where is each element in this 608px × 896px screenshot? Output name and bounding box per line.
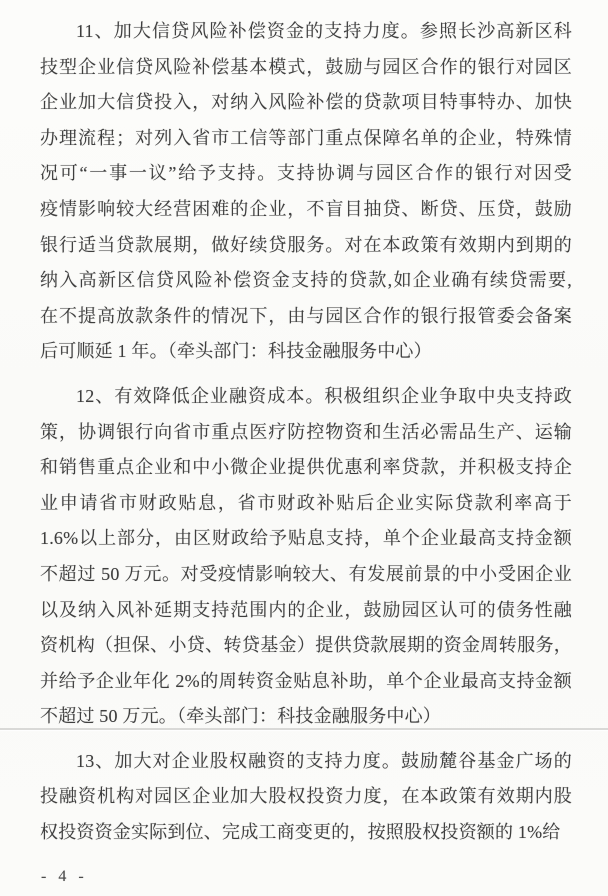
clause-13: 13、加大对企业股权融资的支持力度。鼓励麓谷基金广场的投融资机构对园区企业加大股…	[40, 744, 572, 851]
text-line: 银行适当贷款展期，做好续贷服务。对在本政策有效期内到期的	[40, 228, 572, 264]
text-line: 资机构（担保、小贷、转贷基金）提供贷款展期的资金周转服务，	[40, 628, 572, 664]
text-line: 权投资资金实际到位、完成工商变更的，按照股权投资额的 1%给	[40, 815, 572, 851]
text-line: 以及纳入风补延期支持范围内的企业，鼓励园区认可的债务性融	[40, 593, 572, 629]
text-line: 况可“一事一议”给予支持。支持协调与园区合作的银行对因受	[40, 156, 572, 192]
text-line: 1.6%以上部分，由区财政给予贴息支持，单个企业最高支持金额	[40, 521, 572, 557]
text-line: 11、加大信贷风险补偿资金的支持力度。参照长沙高新区科	[40, 14, 572, 50]
text-line: 纳入高新区信贷风险补偿资金支持的贷款,如企业确有续贷需要,	[40, 263, 572, 299]
text-line: 策，协调银行向省市重点医疗防控物资和生活必需品生产、运输	[40, 415, 572, 451]
page-number: - 4 -	[41, 868, 88, 886]
text-line: 在不提高放款条件的情况下，由与园区合作的银行报管委会备案	[40, 299, 572, 335]
text-line: 办理流程；对列入省市工信等部门重点保障名单的企业，特殊情	[40, 121, 572, 157]
text-line: 和销售重点企业和中小微企业提供优惠利率贷款，并积极支持企	[40, 450, 572, 486]
text-line: 业申请省市财政贴息，省市财政补贴后企业实际贷款利率高于	[40, 486, 572, 522]
text-line: 投融资机构对园区企业加大股权投资力度，在本政策有效期内股	[40, 779, 572, 815]
text-line: 12、有效降低企业融资成本。积极组织企业争取中央支持政	[40, 379, 572, 415]
clause-12: 12、有效降低企业融资成本。积极组织企业争取中央支持政策，协调银行向省市重点医疗…	[40, 379, 572, 735]
text-line: 并给予企业年化 2%的周转资金贴息补助，单个企业最高支持金额	[40, 664, 572, 700]
text-line: 企业加大信贷投入，对纳入风险补偿的贷款项目特事特办、加快	[40, 85, 572, 121]
scan-fold-line	[0, 728, 608, 730]
clause-11: 11、加大信贷风险补偿资金的支持力度。参照长沙高新区科技型企业信贷风险补偿基本模…	[40, 14, 572, 370]
document-body: 11、加大信贷风险补偿资金的支持力度。参照长沙高新区科技型企业信贷风险补偿基本模…	[40, 14, 572, 851]
text-line: 不超过 50 万元。对受疫情影响较大、有发展前景的中小受困企业	[40, 557, 572, 593]
text-line: 疫情影响较大经营困难的企业，不盲目抽贷、断贷、压贷，鼓励	[40, 192, 572, 228]
text-line: 技型企业信贷风险补偿基本模式，鼓励与园区合作的银行对园区	[40, 50, 572, 86]
text-line: 后可顺延 1 年。（牵头部门：科技金融服务中心）	[40, 334, 572, 370]
document-page: 11、加大信贷风险补偿资金的支持力度。参照长沙高新区科技型企业信贷风险补偿基本模…	[0, 0, 608, 896]
text-line: 13、加大对企业股权融资的支持力度。鼓励麓谷基金广场的	[40, 744, 572, 780]
